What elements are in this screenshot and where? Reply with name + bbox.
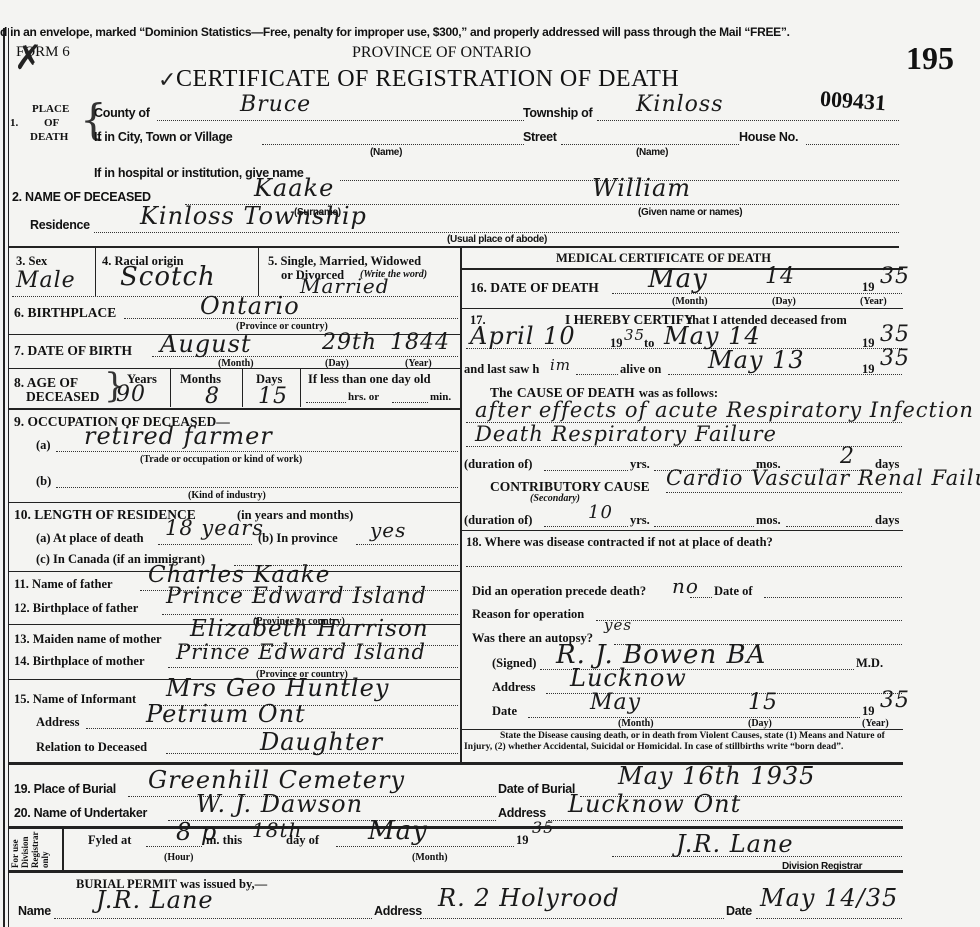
last-saw-year[interactable]: 35 (880, 346, 910, 371)
death-year-caption: (Year) (860, 296, 887, 307)
residence-field-line (94, 232, 899, 233)
father-name-label: 11. Name of father (14, 577, 113, 592)
contrib-duration-mos-line (654, 526, 754, 527)
age-months-value[interactable]: 8 (205, 384, 220, 409)
signed-year-value[interactable]: 35 (880, 688, 910, 713)
last-saw-pronoun[interactable]: im (550, 356, 571, 374)
dob-month-value[interactable]: August (160, 330, 252, 358)
operation-date-line (764, 597, 902, 598)
street-label: Street (523, 130, 557, 144)
left-border-inner (8, 28, 9, 927)
contrib-duration-yrs: yrs. (630, 513, 650, 528)
operation-line (690, 597, 712, 598)
relation-label: Relation to Deceased (36, 740, 147, 755)
father-birthplace-value[interactable]: Prince Edward Island (166, 584, 427, 609)
occupation-b-line (56, 487, 458, 488)
occupation-a-line (56, 451, 458, 452)
age-hrs-label: hrs. or (348, 391, 379, 403)
marital-status-value[interactable]: Married (300, 274, 390, 298)
mother-name-value[interactable]: Elizabeth Harrison (190, 616, 429, 642)
death-day-value[interactable]: 14 (765, 264, 795, 289)
residence-b-label: (b) In province (258, 531, 338, 546)
registrar-side-label: For use Division Registrar only (10, 832, 50, 868)
age-hrs-line (306, 402, 346, 403)
death-year-prefix: 19 (862, 280, 875, 295)
street-field-line (561, 144, 739, 145)
instructions-rule (462, 729, 903, 730)
row-divider-8 (9, 368, 460, 369)
undertaker-label: 20. Name of Undertaker (14, 806, 147, 820)
mother-birthplace-value[interactable]: Prince Edward Island (176, 640, 426, 664)
residence-label: Residence (30, 218, 90, 232)
surname-value[interactable]: Kaake (254, 174, 334, 202)
signed-month-value[interactable]: May (590, 690, 641, 715)
attended-from-year-prefix: 19 (610, 336, 623, 351)
attended-to-year-prefix: 19 (862, 336, 875, 351)
left-border-outer (3, 28, 5, 927)
house-label: House No. (739, 130, 798, 144)
day-of-label: day of (286, 833, 319, 848)
fyled-month-value[interactable]: May (368, 816, 428, 846)
side-label-4: only (40, 832, 50, 868)
last-saw-year-prefix: 19 (862, 362, 875, 377)
last-saw-date-value[interactable]: May 13 (708, 346, 805, 374)
township-value[interactable]: Kinloss (636, 92, 724, 117)
place-label-1: PLACE (32, 103, 69, 115)
father-birthplace-line (162, 614, 458, 615)
contrib-duration-yrs-line (544, 526, 628, 527)
signed-year-prefix: 19 (862, 704, 875, 719)
residence-b-value[interactable]: yes (370, 518, 406, 542)
residence-b-line (356, 544, 458, 545)
contrib-duration-label: (duration of) (464, 513, 532, 528)
contributory-value[interactable]: Cardio Vascular Renal Failure (666, 466, 980, 490)
city-label: If in City, Town or Village (94, 130, 232, 144)
cause-duration-label: (duration of) (464, 457, 532, 472)
racial-origin-value[interactable]: Scotch (120, 262, 216, 292)
attended-from-value[interactable]: April 10 (470, 322, 576, 350)
instructions-text: State the Disease causing death, or in d… (464, 731, 902, 752)
contrib-duration-mos: mos. (756, 513, 781, 528)
row-divider-10 (9, 502, 460, 503)
section-divider (9, 246, 899, 248)
age-years-value[interactable]: 90 (116, 382, 146, 407)
cause-line-2-value[interactable]: Death Respiratory Failure (475, 422, 777, 446)
check-mark: ✓ (158, 68, 176, 93)
permit-address-line (420, 918, 724, 919)
dob-year-value[interactable]: 1844 (390, 330, 450, 355)
dob-label: 7. DATE OF BIRTH (14, 343, 132, 359)
registrar-signature[interactable]: J.R. Lane (676, 830, 794, 858)
name-of-deceased-label: 2. NAME OF DECEASED (12, 190, 151, 204)
permit-date-line (756, 918, 902, 919)
burial-date-label: Date of Burial (498, 782, 575, 796)
md-label: M.D. (856, 656, 883, 671)
cause-line-2-rule (466, 446, 902, 447)
to-label: to (644, 336, 654, 351)
alive-on-label: alive on (620, 362, 661, 377)
dob-day-value[interactable]: 29th (322, 330, 377, 355)
township-label: Township of (523, 106, 592, 120)
birthplace-value[interactable]: Ontario (200, 292, 300, 320)
signed-label: (Signed) (492, 656, 536, 671)
fyled-month-caption: (Month) (412, 852, 448, 863)
undertaker-value[interactable]: W. J. Dawson (196, 790, 363, 818)
physician-address-label: Address (492, 680, 536, 695)
age-days-value[interactable]: 15 (258, 384, 288, 409)
marital-label-1: 5. Single, Married, Widowed (268, 254, 421, 269)
residence-a-line (158, 544, 252, 545)
age-min-label: min. (430, 391, 451, 403)
age-months-divider (170, 369, 171, 407)
physician-address-value[interactable]: Lucknow (570, 664, 687, 692)
form-cross-mark: ✗ (14, 38, 43, 78)
age-min-line (392, 402, 428, 403)
permit-date-label: Date (726, 904, 752, 918)
registration-number: 009431 (819, 86, 887, 117)
certificate-title: CERTIFICATE OF REGISTRATION OF DEATH (176, 66, 679, 93)
age-label-2: DECEASED (26, 389, 100, 405)
column-divider (460, 248, 462, 763)
death-year-value[interactable]: 35 (880, 264, 910, 289)
occupation-b-caption: (Kind of industry) (188, 490, 266, 501)
cause-duration-yrs: yrs. (630, 457, 650, 472)
father-birthplace-label: 12. Birthplace of father (14, 601, 138, 616)
permit-top-rule (9, 870, 903, 873)
contrib-duration-days-line (786, 526, 872, 527)
relation-value[interactable]: Daughter (260, 728, 383, 756)
hour-caption: (Hour) (164, 852, 193, 863)
page-number: 195 (906, 40, 954, 77)
occupation-b-label: (b) (36, 474, 51, 489)
attended-to-year[interactable]: 35 (880, 322, 910, 347)
occupation-a-value[interactable]: retired farmer (84, 422, 273, 450)
mother-name-label: 13. Maiden name of mother (14, 632, 162, 647)
place-of-death-number: 1. (10, 117, 18, 129)
death-day-caption: (Day) (772, 296, 796, 307)
residence-a-label: (a) At place of death (36, 531, 144, 546)
permit-name-value[interactable]: J.R. Lane (96, 886, 214, 914)
autopsy-value[interactable]: yes (604, 616, 632, 634)
row-divider-18 (462, 530, 903, 531)
fyled-year-prefix: 19 (516, 833, 529, 848)
contrib-duration-days: days (875, 513, 899, 528)
signed-date-label: Date (492, 704, 517, 719)
city-name-caption: (Name) (370, 147, 402, 158)
permit-date-value[interactable]: May 14/35 (760, 884, 898, 912)
attended-from-year[interactable]: 35 (624, 326, 645, 344)
contributory-caption: (Secondary) (530, 493, 580, 504)
permit-name-label: Name (18, 904, 51, 918)
operation-value[interactable]: no (672, 574, 699, 598)
sex-label: 3. Sex (16, 254, 47, 269)
place-label-2: OF (44, 117, 59, 129)
residence-value[interactable]: Kinloss Township (140, 202, 367, 230)
permit-name-line (54, 918, 372, 919)
m-this-label: m. this (206, 833, 242, 848)
informant-address-value[interactable]: Petrium Ont (146, 700, 306, 728)
signed-month-caption: (Month) (618, 718, 654, 729)
racial-divider (258, 248, 259, 296)
last-saw-label: and last saw h (464, 362, 539, 377)
mother-birthplace-line (168, 667, 458, 668)
undertaker-address-value[interactable]: Lucknow Ont (568, 790, 741, 818)
occupation-a-caption: (Trade or occupation or kind of work) (140, 454, 302, 465)
residence-caption: (Usual place of abode) (447, 234, 547, 245)
permit-address-label: Address (374, 904, 422, 918)
house-field-line (806, 144, 899, 145)
death-month-value[interactable]: May (648, 264, 708, 294)
informant-name-label: 15. Name of Informant (14, 692, 136, 707)
signed-day-value[interactable]: 15 (748, 690, 778, 715)
sex-value[interactable]: Male (16, 268, 76, 293)
mail-notice: d in an envelope, marked “Dominion Stati… (0, 25, 790, 39)
side-label-2: Division (20, 832, 30, 868)
birthplace-label: 6. BIRTHPLACE (14, 305, 116, 321)
reason-label: Reason for operation (472, 607, 584, 622)
province-heading: PROVINCE OF ONTARIO (352, 44, 531, 62)
fyled-label: Fyled at (88, 833, 131, 848)
permit-address-value[interactable]: R. 2 Holyrood (438, 884, 620, 912)
contrib-duration-yrs-value[interactable]: 10 (588, 502, 613, 523)
cause-duration-yrs-line (544, 470, 628, 471)
operation-date-label: Date of (714, 584, 753, 599)
death-date-label: 16. DATE OF DEATH (470, 280, 599, 296)
occupation-a-label: (a) (36, 438, 51, 453)
county-value[interactable]: Bruce (240, 92, 311, 117)
mother-birthplace-label: 14. Birthplace of mother (14, 654, 145, 669)
registrar-top-rule (9, 826, 903, 829)
informant-name-value[interactable]: Mrs Geo Huntley (166, 674, 389, 702)
side-label-3: Registrar (30, 832, 40, 868)
burial-place-label: 19. Place of Burial (14, 782, 116, 796)
signed-date-line (528, 717, 860, 718)
row-divider-9 (9, 408, 460, 410)
given-names-value[interactable]: William (592, 174, 691, 202)
township-field-line (597, 120, 899, 121)
reason-line (596, 620, 902, 621)
signed-day-caption: (Day) (748, 718, 772, 729)
registrar-side-divider (62, 829, 64, 870)
age-days-divider (242, 369, 243, 407)
county-label: County of (94, 106, 150, 120)
death-month-caption: (Month) (672, 296, 708, 307)
given-names-caption: (Given name or names) (638, 207, 742, 218)
contributory-line (666, 492, 902, 493)
age-lt-day-label: If less than one day old (308, 372, 431, 387)
burial-date-value[interactable]: May 16th 1935 (618, 762, 815, 790)
age-lt-divider (300, 369, 301, 407)
fyled-month-line (336, 846, 514, 847)
side-label-1: For use (10, 832, 20, 868)
informant-address-label: Address (36, 715, 80, 730)
contracted-label: 18. Where was disease contracted if not … (466, 535, 773, 550)
row-divider-17 (462, 308, 903, 309)
signed-year-caption: (Year) (862, 718, 889, 729)
city-field-line (262, 144, 524, 145)
residence-a-value[interactable]: 18 years (165, 516, 264, 540)
operation-label: Did an operation precede death? (472, 584, 646, 599)
place-label-3: DEATH (30, 131, 68, 143)
fyled-year-value[interactable]: 35 (532, 818, 554, 837)
sex-divider (95, 248, 96, 296)
fyled-hour-line (146, 846, 202, 847)
last-saw-line-1 (576, 374, 618, 375)
undertaker-address-line (548, 820, 902, 821)
county-field-line (157, 120, 524, 121)
cause-line-1-value[interactable]: after effects of acute Respiratory Infec… (475, 398, 974, 422)
street-name-caption: (Name) (636, 147, 668, 158)
contracted-line (466, 566, 902, 567)
